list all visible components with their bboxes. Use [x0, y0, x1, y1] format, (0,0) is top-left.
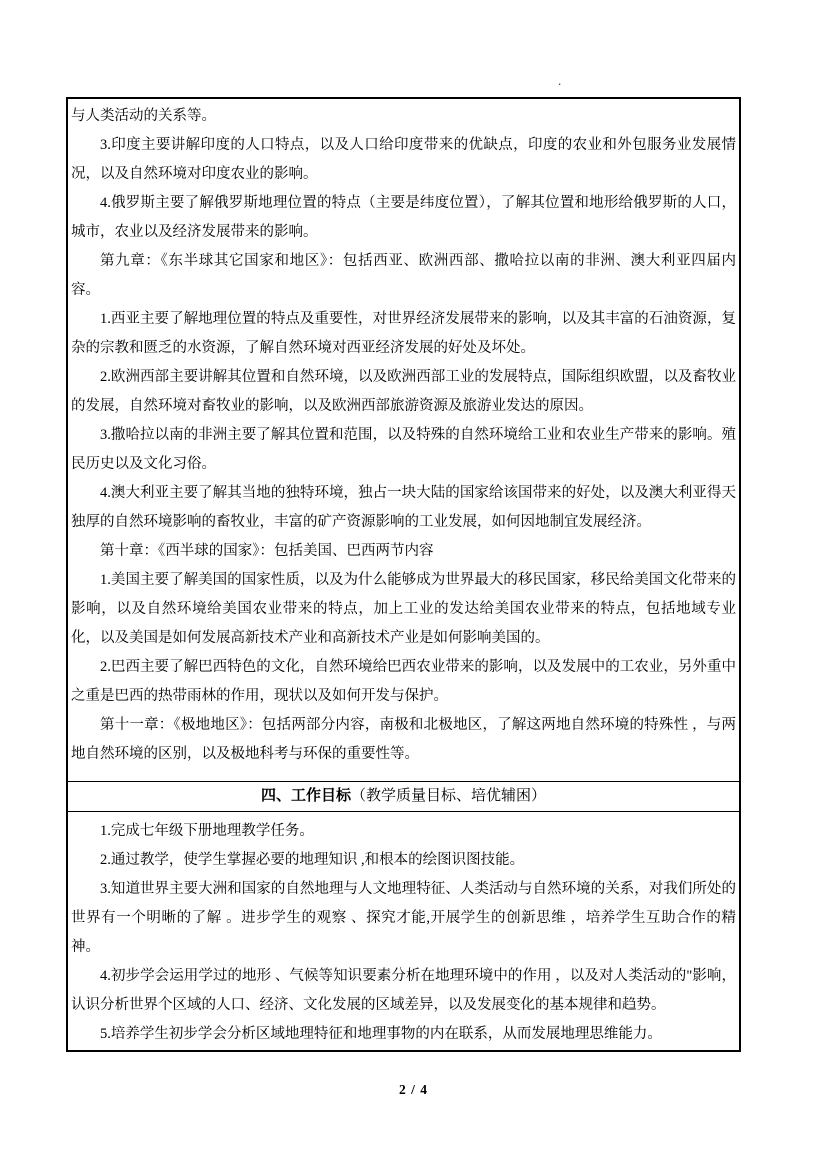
- paragraph: 第十章：《西半球的国家》：包括美国、巴西两节内容: [71, 537, 736, 566]
- document-page: { "colors": { "text": "#000000", "backgr…: [0, 0, 827, 1170]
- paragraph: 2.通过教学，使学生掌握必要的地理知识 ,和根本的绘图识图技能。: [71, 846, 736, 875]
- paragraph: 1.完成七年级下册地理教学任务。: [71, 817, 736, 846]
- work-goals-header-row: 四、工作目标（教学质量目标、培优辅困）: [68, 781, 739, 812]
- work-goals-cell: 1.完成七年级下册地理教学任务。 2.通过教学，使学生掌握必要的地理知识 ,和根…: [68, 812, 739, 1050]
- content-table: 与人类活动的关系等。 3.印度主要讲解印度的人口特点，以及人口给印度带来的优缺点…: [66, 97, 741, 1052]
- paragraph: 3.印度主要讲解印度的人口特点，以及人口给印度带来的优缺点，印度的农业和外包服务…: [71, 131, 736, 189]
- paragraph: 2.巴西主要了解巴西特色的文化，自然环境给巴西农业带来的影响，以及发展中的工农业…: [71, 653, 736, 711]
- work-goals-title: 四、工作目标: [261, 788, 351, 804]
- paragraph: 4.俄罗斯主要了解俄罗斯地理位置的特点（主要是纬度位置），了解其位置和地形给俄罗…: [71, 189, 736, 247]
- work-goals-title-note: （教学质量目标、培优辅困）: [351, 788, 546, 804]
- paragraph: 5.培养学生初步学会分析区域地理特征和地理事物的内在联系，从而发展地理思维能力。: [71, 1020, 736, 1049]
- paragraph: 3.知道世界主要大洲和国家的自然地理与人文地理特征、人类活动与自然环境的关系，对…: [71, 875, 736, 962]
- paragraph: 4.澳大利亚主要了解其当地的独特环境，独占一块大陆的国家给该国带来的好处，以及澳…: [71, 479, 736, 537]
- stray-dot-mark: .: [558, 74, 561, 87]
- paragraph: 1.美国主要了解美国的国家性质，以及为什么能够成为世界最大的移民国家，移民给美国…: [71, 566, 736, 653]
- paragraph: 第十一章：《极地地区》：包括两部分内容，南极和北极地区，了解这两地自然环境的特殊…: [71, 711, 736, 769]
- paragraph: 与人类活动的关系等。: [71, 102, 736, 131]
- paragraph: 3.撒哈拉以南的非洲主要了解其位置和范围，以及特殊的自然环境给工业和农业生产带来…: [71, 421, 736, 479]
- paragraph: 4.初步学会运用学过的地形 、气候等知识要素分析在地理环境中的作用 ，以及对人类…: [71, 962, 736, 1020]
- chapter-overview-cell: 与人类活动的关系等。 3.印度主要讲解印度的人口特点，以及人口给印度带来的优缺点…: [68, 99, 739, 781]
- paragraph: 第九章：《东半球其它国家和地区》：包括西亚、欧洲西部、撒哈拉以南的非洲、澳大利亚…: [71, 247, 736, 305]
- paragraph: 2.欧洲西部主要讲解其位置和自然环境，以及欧洲西部工业的发展特点，国际组织欧盟，…: [71, 363, 736, 421]
- paragraph: 1.西亚主要了解地理位置的特点及重要性，对世界经济发展带来的影响，以及其丰富的石…: [71, 305, 736, 363]
- page-number: 2 / 4: [0, 1082, 827, 1098]
